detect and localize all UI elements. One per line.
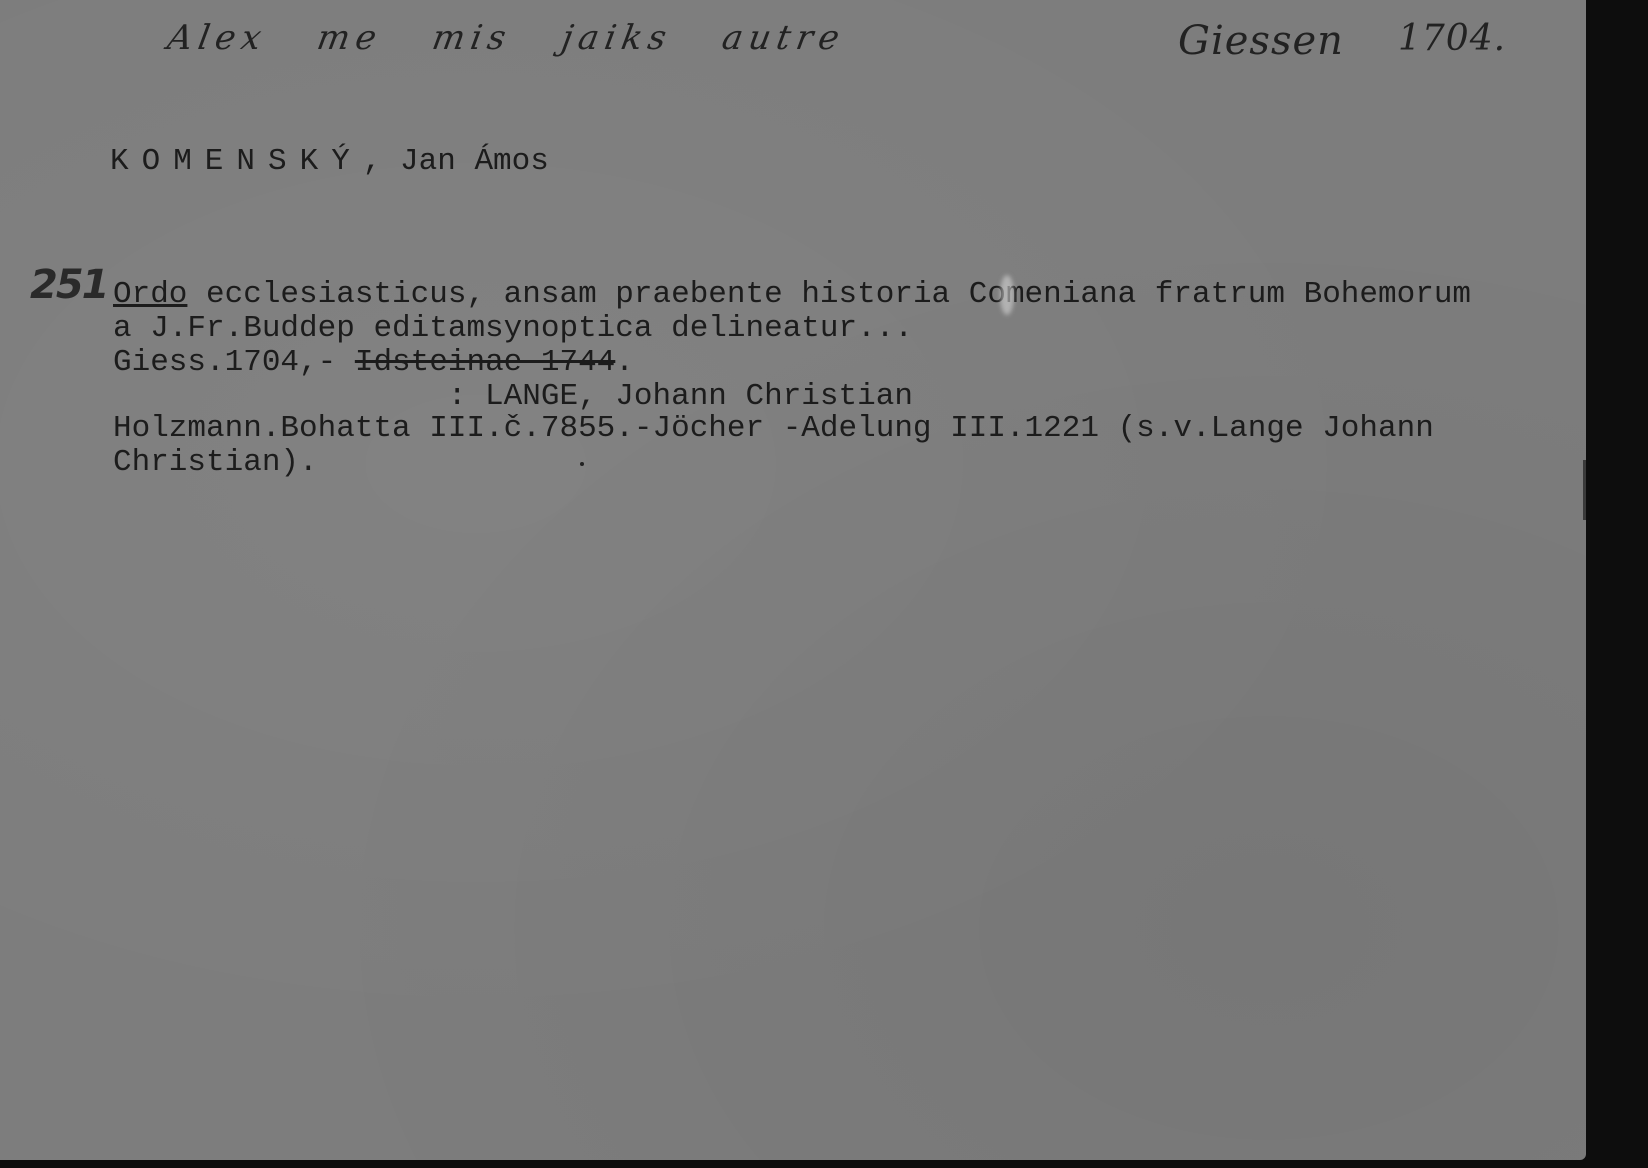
title-line-2: a J.Fr.Buddep editamsynoptica delineatur… (113, 312, 913, 346)
title-line-1: Ordo ecclesiasticus, ansam praebente his… (113, 278, 1471, 312)
title-first-word: Ordo (113, 277, 187, 312)
handwritten-year: 1704. (1398, 18, 1506, 59)
item-number: 251 (30, 262, 108, 308)
author-surname: KOMENSKÝ (110, 144, 363, 179)
imprint-kept: Giess.1704,- (113, 345, 355, 380)
author-given-names: , Jan Ámos (363, 144, 549, 179)
attribution-line: : LANGE, Johann Christian (113, 380, 913, 414)
catalog-card: Alex me mis jaiks autre Giessen 1704. KO… (0, 0, 1586, 1160)
imprint-line: Giess.1704,- Idsteinae 1744. (113, 346, 634, 380)
ink-dot (580, 462, 584, 466)
imprint-end: . (615, 345, 634, 380)
handwritten-note: Alex me mis jaiks autre (164, 18, 848, 58)
paper-flaw (1000, 275, 1014, 315)
references-line-1: Holzmann.Bohatta III.č.7855.-Jöcher -Ade… (113, 412, 1434, 446)
imprint-struck: Idsteinae 1744 (355, 345, 615, 380)
handwritten-place: Giessen (1178, 18, 1344, 64)
author-heading: KOMENSKÝ, Jan Ámos (110, 145, 549, 179)
title-line-1-rest: ecclesiasticus, ansam praebente historia… (187, 277, 1471, 312)
card-edge-mark (1583, 460, 1586, 520)
references-line-2: Christian). (113, 446, 318, 480)
